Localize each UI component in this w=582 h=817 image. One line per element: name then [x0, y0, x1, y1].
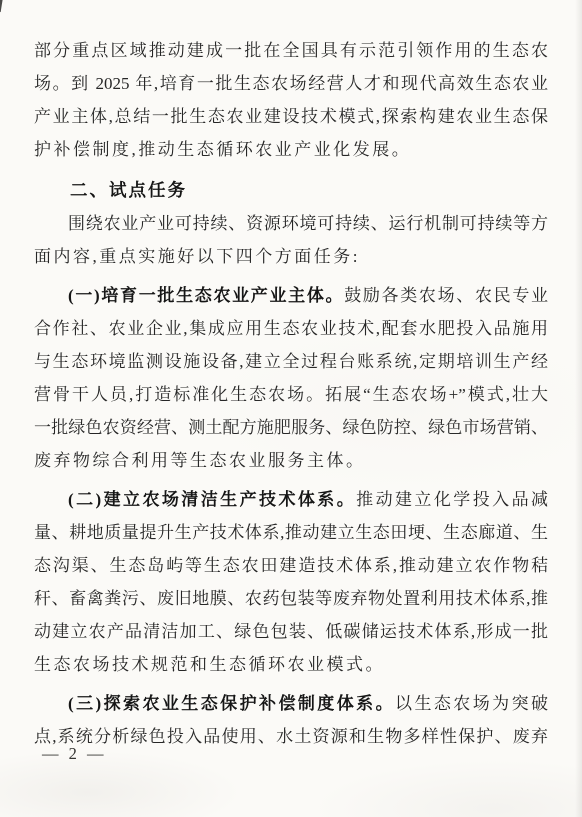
text-line: 生态农场技术规范和生态循环农业模式。 — [34, 648, 548, 681]
task3-lead: (三)探索农业生态保护补偿制度体系。 — [68, 694, 395, 713]
text-line: 动建立农产品清洁加工、绿色包装、低碳储运技术体系,形成一批 — [34, 615, 548, 648]
text-line: 秆、畜禽粪污、废旧地膜、农药包装等废弃物处置利用技术体系,推 — [34, 582, 548, 615]
page-edge-shadow — [575, 0, 582, 817]
paragraph-intro: 部分重点区域推动建成一批在全国具有示范引领作用的生态农 场。到 2025 年,培… — [34, 34, 548, 166]
text-line: 点,系统分析绿色投入品使用、水土资源和生物多样性保护、废弃 — [34, 720, 548, 753]
text-line: (三)探索农业生态保护补偿制度体系。以生态农场为突破 — [34, 687, 548, 720]
task1-paragraph: (一)培育一批生态农业产业主体。鼓励各类农场、农民专业 合作社、农业企业,集成应… — [34, 279, 548, 477]
text-line: 与生态环境监测设施设备,建立全过程台账系统,定期培训生产经 — [34, 345, 548, 378]
text-line: 合作社、农业企业,集成应用生态农业技术,配套水肥投入品施用 — [34, 312, 548, 345]
text-line: 产业主体,总结一批生态农业建设技术模式,探索构建农业生态保 — [34, 100, 548, 133]
text-line: (一)培育一批生态农业产业主体。鼓励各类农场、农民专业 — [34, 279, 548, 312]
text-line: 废弃物综合利用等生态农业服务主体。 — [34, 444, 548, 477]
text-line: 场。到 2025 年,培育一批生态农场经营人才和现代高效生态农业 — [34, 67, 548, 100]
section-heading: 二、试点任务 — [34, 174, 548, 207]
scan-corner-artifact — [0, 0, 3, 12]
paragraph-overview: 围绕农业产业可持续、资源环境可持续、运行机制可持续等方 面内容,重点实施好以下四… — [34, 207, 548, 273]
page-number: — 2 — — [42, 744, 107, 764]
text-line: 围绕农业产业可持续、资源环境可持续、运行机制可持续等方 — [34, 207, 548, 240]
task2-paragraph: (二)建立农场清洁生产技术体系。推动建立化学投入品减 量、耕地质量提升生产技术体… — [34, 483, 548, 681]
text-line: (二)建立农场清洁生产技术体系。推动建立化学投入品减 — [34, 483, 548, 516]
text-line: 面内容,重点实施好以下四个方面任务: — [34, 240, 548, 273]
task3-first-line-text: 以生态农场为突破 — [395, 694, 548, 713]
text-line: 部分重点区域推动建成一批在全国具有示范引领作用的生态农 — [34, 34, 548, 67]
task3-paragraph: (三)探索农业生态保护补偿制度体系。以生态农场为突破 点,系统分析绿色投入品使用… — [34, 687, 548, 753]
text-line: 量、耕地质量提升生产技术体系,推动建立生态田埂、生态廊道、生 — [34, 516, 548, 549]
text-line: 一批绿色农资经营、测土配方施肥服务、绿色防控、绿色市场营销、 — [34, 411, 548, 444]
text-line: 营骨干人员,打造标准化生态农场。拓展“生态农场+”模式,壮大 — [34, 378, 548, 411]
document-page: 部分重点区域推动建成一批在全国具有示范引领作用的生态农 场。到 2025 年,培… — [0, 0, 582, 817]
task2-lead: (二)建立农场清洁生产技术体系。 — [68, 490, 356, 509]
text-line: 态沟渠、生态岛屿等生态农田建造技术体系,推动建立农作物秸 — [34, 549, 548, 582]
task1-lead: (一)培育一批生态农业产业主体。 — [68, 286, 344, 305]
task2-first-line-text: 推动建立化学投入品减 — [356, 490, 548, 509]
text-line: 护补偿制度,推动生态循环农业产业化发展。 — [34, 133, 548, 166]
text-column: 部分重点区域推动建成一批在全国具有示范引领作用的生态农 场。到 2025 年,培… — [34, 34, 548, 753]
task1-first-line-text: 鼓励各类农场、农民专业 — [344, 286, 548, 305]
